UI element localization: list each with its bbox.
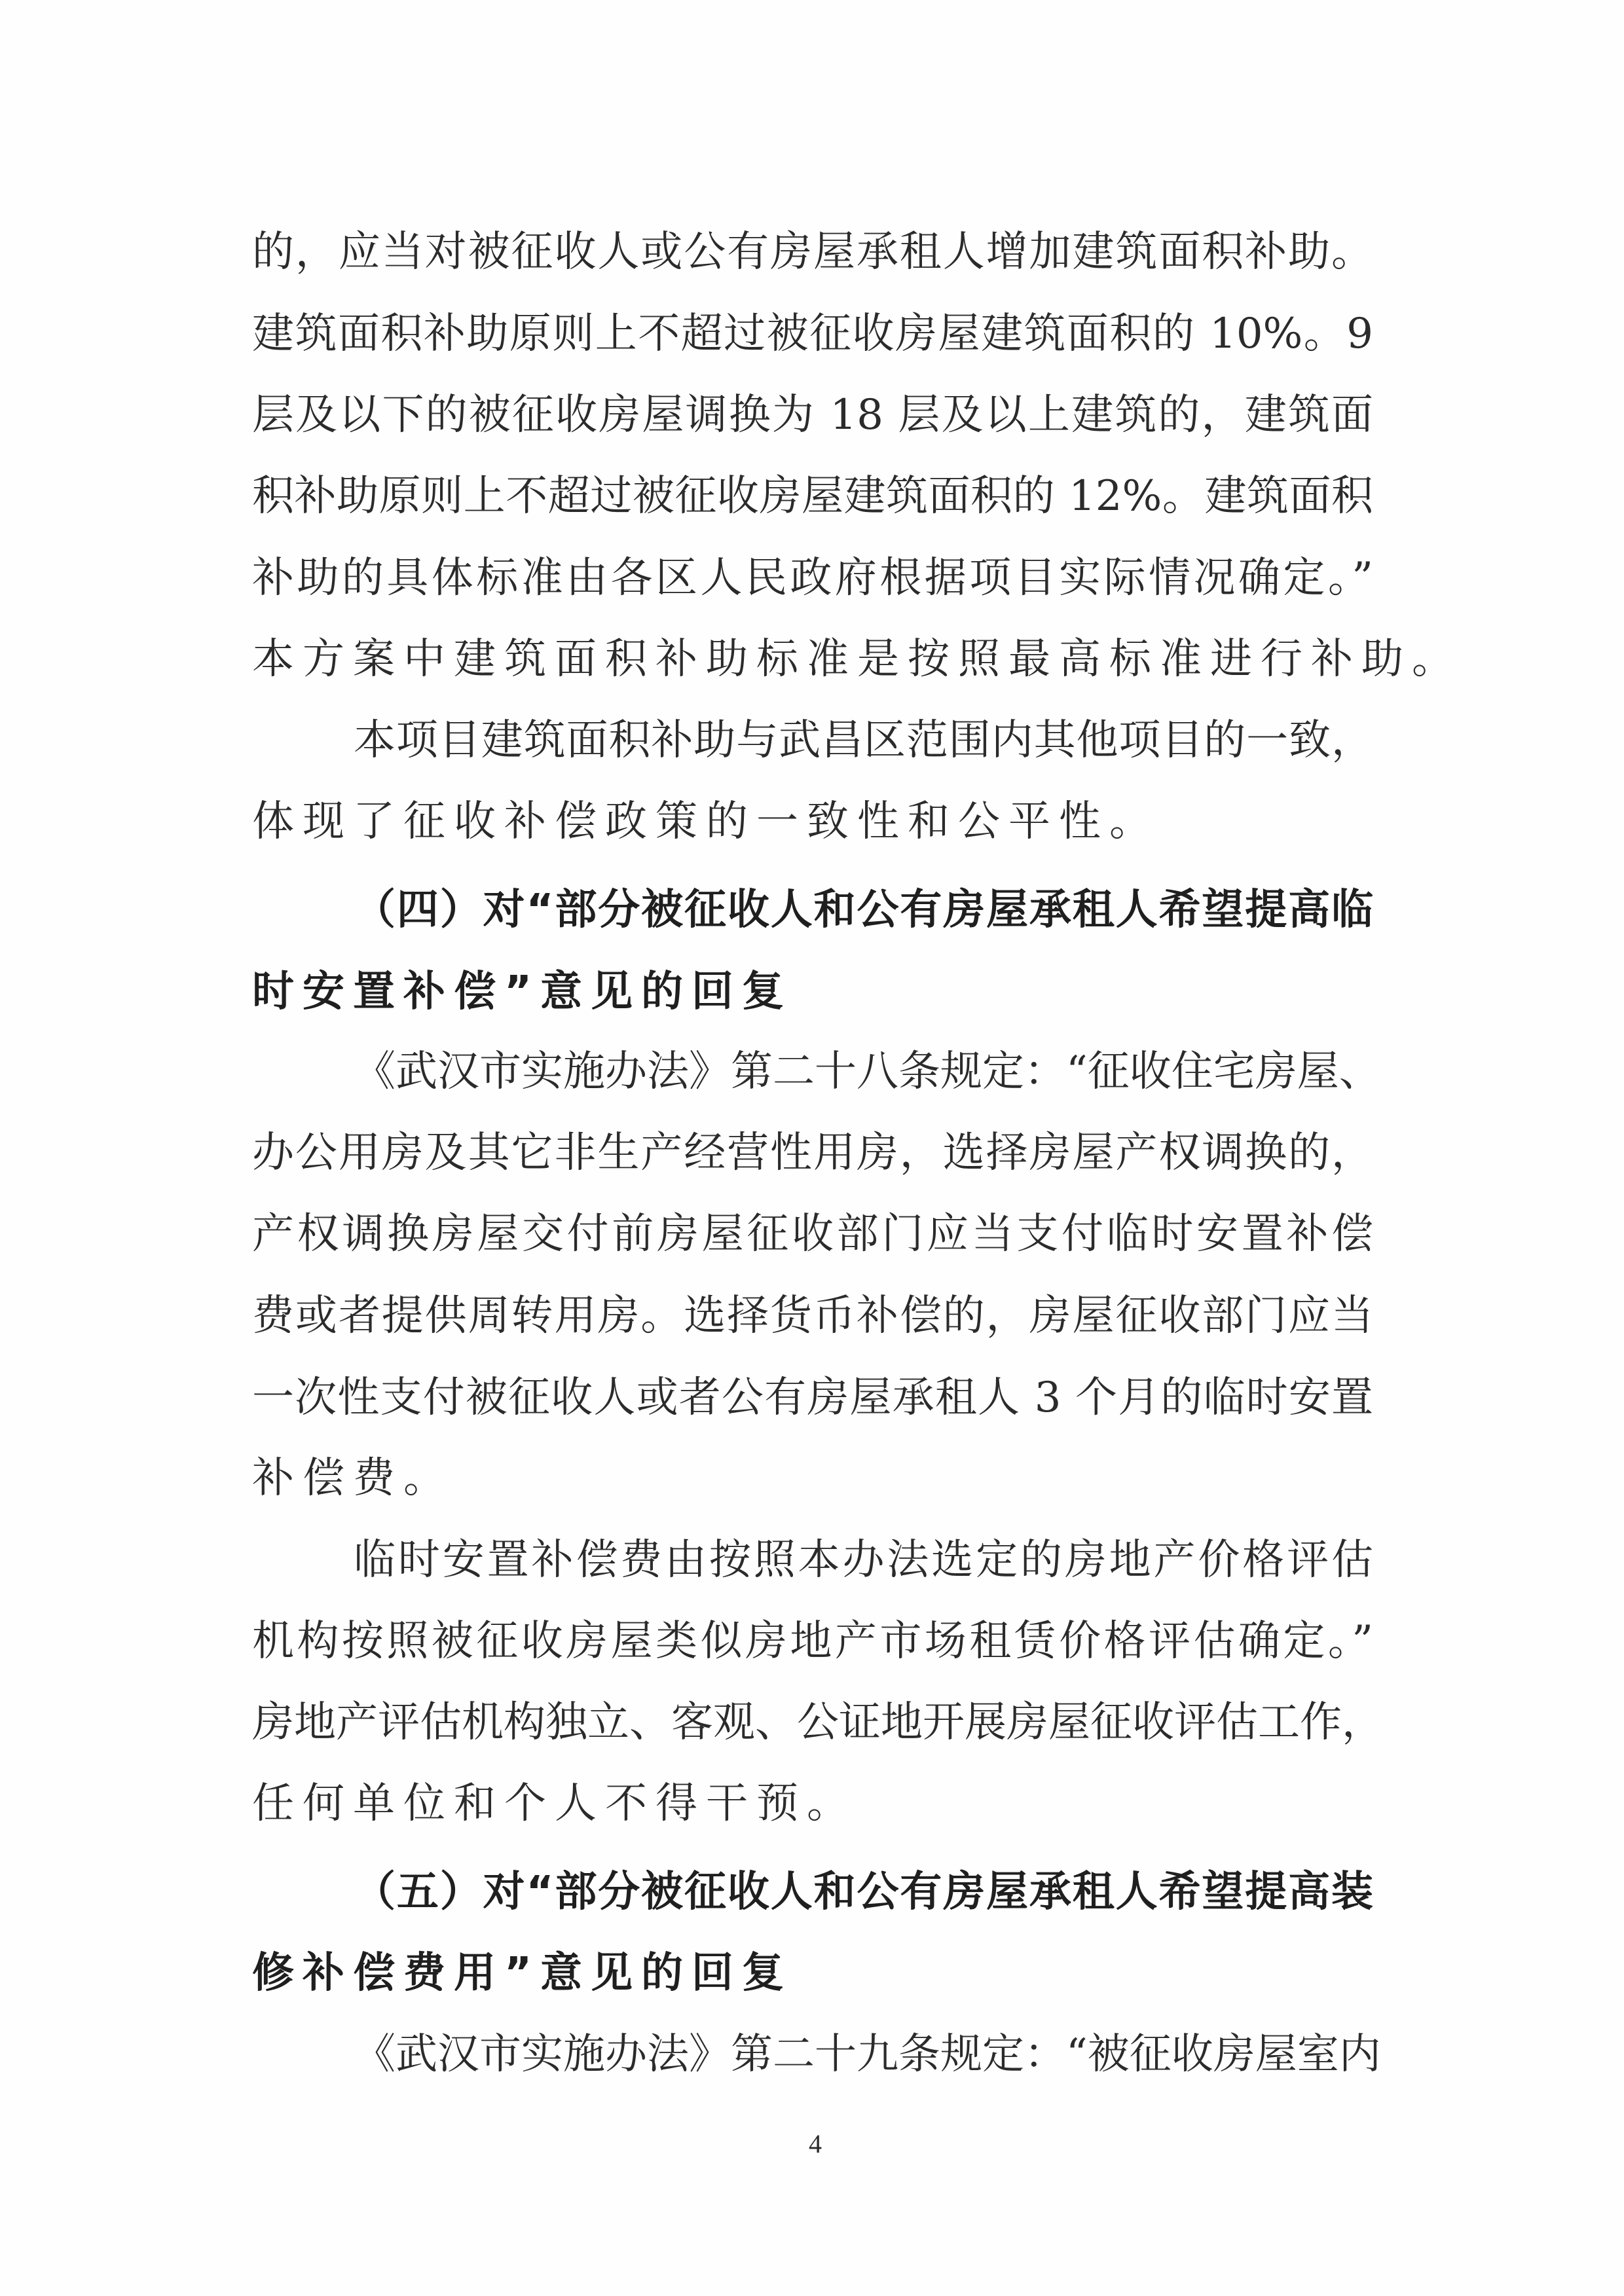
page-number: 4	[802, 2124, 828, 2164]
body-line: 本方案中建筑面积补助标准是按照最高标准进行补助。	[252, 633, 1373, 685]
body-line: 《武汉市实施办法》第二十九条规定：“被征收房屋室内	[354, 2028, 1373, 2081]
body-line: 临时安置补偿费由按照本办法选定的房地产价格评估	[354, 1534, 1373, 1586]
body-line: 本项目建筑面积补助与武昌区范围内其他项目的一致，	[354, 714, 1373, 767]
body-line: 体现了征收补偿政策的一致性和公平性。	[252, 795, 1373, 848]
body-line: 产权调换房屋交付前房屋征收部门应当支付临时安置补偿	[252, 1208, 1373, 1260]
section-heading-5: 修补偿费用”意见的回复	[252, 1947, 1373, 1999]
section-heading-4: （四）对“部分被征收人和公有房屋承租人希望提高临	[354, 884, 1373, 936]
body-line: 的，应当对被征收人或公有房屋承租人增加建筑面积补助。	[252, 226, 1373, 278]
body-line: 机构按照被征收房屋类似房地产市场租赁价格评估确定。”	[252, 1615, 1373, 1667]
body-line: 积补助原则上不超过被征收房屋建筑面积的 12%。建筑面积	[252, 470, 1373, 522]
section-heading-4: 时安置补偿”意见的回复	[252, 966, 1373, 1018]
body-line: 费或者提供周转用房。选择货币补偿的，房屋征收部门应当	[252, 1290, 1373, 1342]
body-line: 任何单位和个人不得干预。	[252, 1777, 1373, 1830]
body-line: 一次性支付被征收人或者公有房屋承租人 3 个月的临时安置	[252, 1372, 1373, 1424]
document-page: 的，应当对被征收人或公有房屋承租人增加建筑面积补助。 建筑面积补助原则上不超过被…	[0, 0, 1624, 2296]
body-line: 补助的具体标准由各区人民政府根据项目实际情况确定。”	[252, 552, 1373, 604]
section-heading-5: （五）对“部分被征收人和公有房屋承租人希望提高装	[354, 1866, 1373, 1918]
body-line: 补偿费。	[252, 1452, 1373, 1504]
body-line: 建筑面积补助原则上不超过被征收房屋建筑面积的 10%。9	[252, 308, 1373, 360]
body-line: 办公用房及其它非生产经营性用房，选择房屋产权调换的，	[252, 1127, 1373, 1179]
body-line: 《武汉市实施办法》第二十八条规定：“征收住宅房屋、	[354, 1046, 1373, 1098]
body-line: 房地产评估机构独立、客观、公证地开展房屋征收评估工作，	[252, 1696, 1373, 1749]
body-line: 层及以下的被征收房屋调换为 18 层及以上建筑的，建筑面	[252, 389, 1373, 441]
